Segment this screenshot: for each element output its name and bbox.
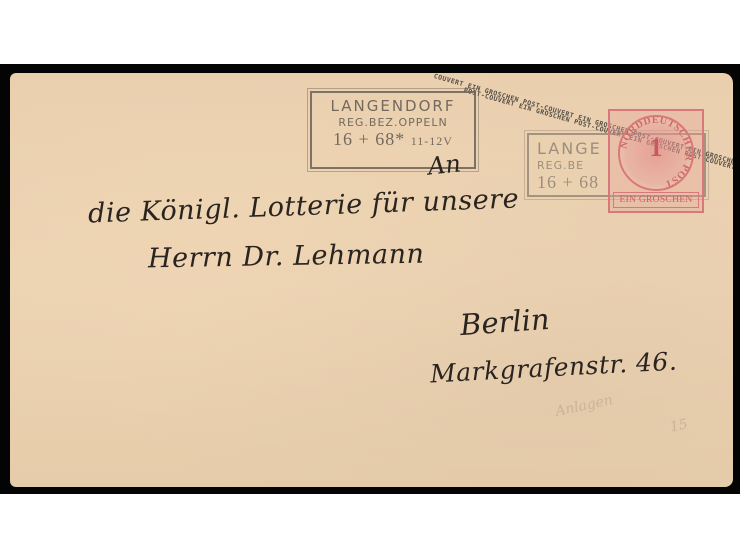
address-line-2: Herrn Dr. Lehmann: [148, 239, 425, 275]
postmark-time-suffix: V: [443, 134, 453, 148]
postmark-day: 16: [333, 129, 353, 149]
address-line-1: die Königl. Lotterie für unsere: [88, 183, 520, 229]
postmark-district: REG.BEZ.OPPELN: [312, 116, 474, 129]
stamp-value-label: EIN GROSCHEN: [613, 192, 699, 208]
faint-pencil-number: 15: [669, 416, 690, 435]
envelope: COUVERT EIN GROSCHEN POST-COUVERT EIN GR…: [10, 73, 733, 487]
address-city: Berlin: [459, 302, 551, 342]
stamp-numeral: 1: [610, 133, 702, 163]
stamp-imprint: NORDDEUTSCHER POST 1 EIN GROSCHEN: [608, 109, 704, 213]
faint-pencil-mark: Anlagen: [554, 392, 614, 420]
postmark-star: *: [395, 129, 405, 149]
postmark-separator: +: [359, 129, 370, 149]
address-street: Markgrafenstr. 46.: [429, 347, 678, 389]
postmark-month: 68: [375, 129, 395, 149]
postmark-time: 11-12: [411, 134, 444, 148]
postmark-town: LANGENDORF: [312, 97, 474, 115]
postmark-date: 16 + 68* 11-12V: [312, 129, 474, 150]
address-salutation: An: [427, 149, 463, 180]
